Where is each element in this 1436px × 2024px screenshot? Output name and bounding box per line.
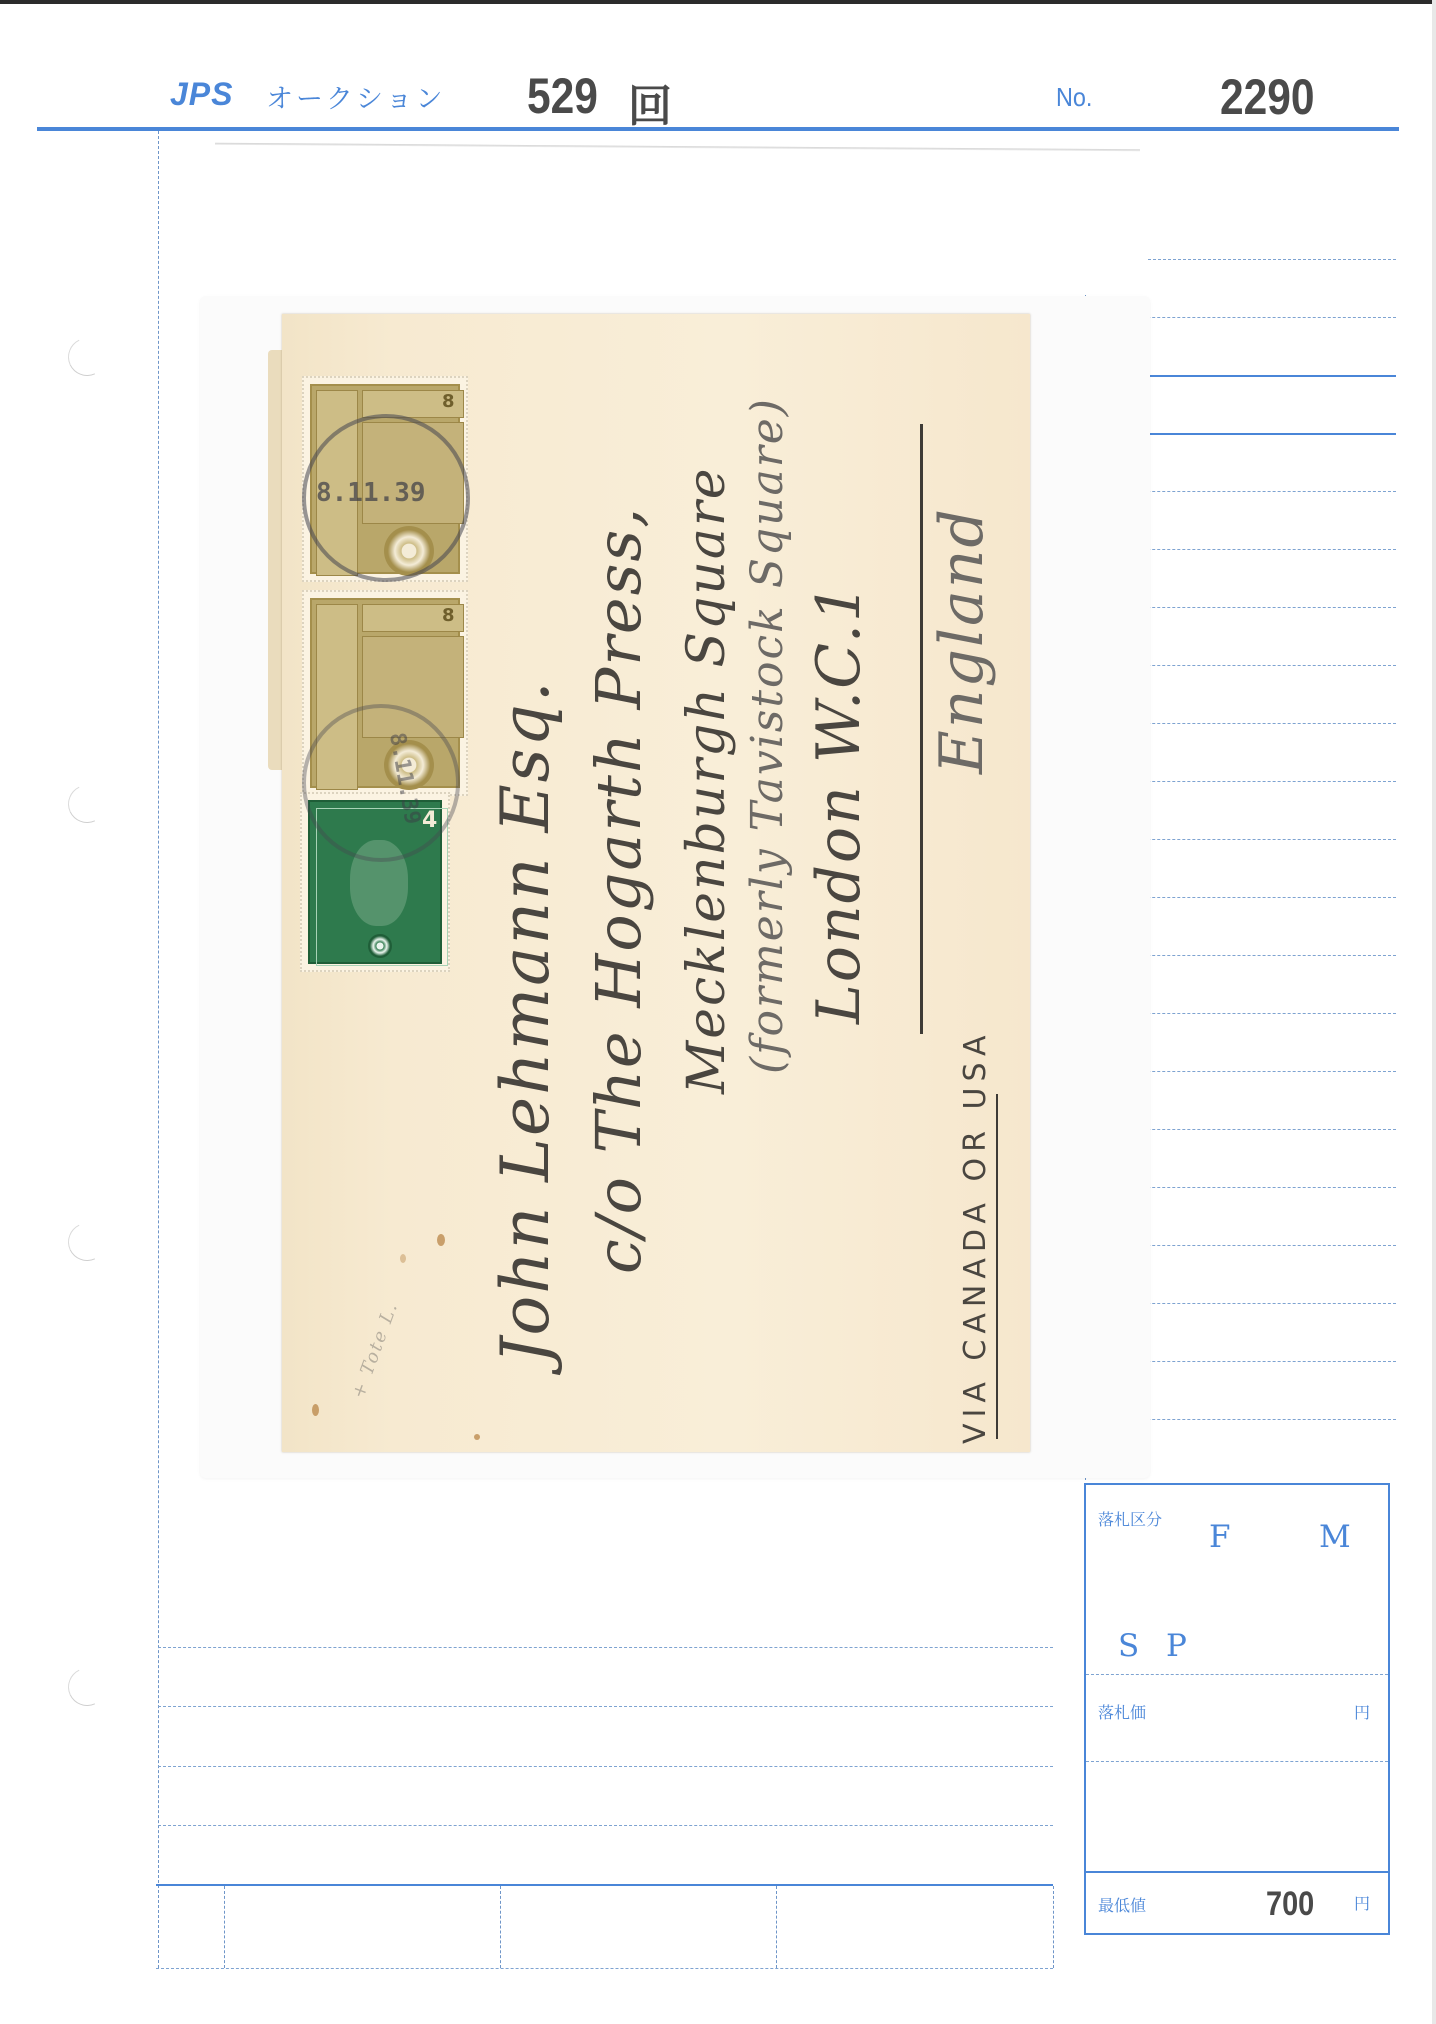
address-line-street: Mecklenburgh Square [677,466,737,1094]
scan-top-edge [0,0,1436,4]
sleeve-top-edge [215,143,1140,151]
ruling-line [158,1766,1053,1767]
chrysanthemum-icon [368,934,392,958]
postmark-yokohama: 8.11.39 [302,414,470,582]
brand-subtitle: オークション [266,77,445,116]
punch-hole [63,780,112,829]
foxing-spot [474,1434,480,1440]
left-margin-line [158,131,159,1968]
bottom-table-divider [224,1886,225,1968]
address-line-city: London W.C.1 [804,582,874,1024]
ruling-line [158,1825,1053,1826]
address-line-country: England [927,507,997,774]
min-price-label: 最低値 [1098,1893,1146,1916]
envelope-cover[interactable]: 8 8 4 8.11.39 8.11.39 John Lehmann Esq. … [282,314,1030,1452]
bid-class-m[interactable]: M [1319,1519,1351,1555]
bottom-table-bottom-rule [156,1968,1053,1969]
address-line-name: John Lehmann Esq. [487,679,564,1364]
lot-number-label: No. [1056,82,1092,113]
bid-box: 落札区分 F M S P 落札価 円 最低値 700 円 [1084,1483,1390,1935]
lot-number: 2290 [1220,68,1315,126]
bid-class-f[interactable]: F [1209,1519,1231,1555]
address-line-care-of: c/o The Hogarth Press, [582,506,655,1274]
foxing-spot [437,1234,445,1246]
bottom-table-divider [776,1886,777,1968]
bottom-table-divider [1053,1886,1054,1968]
bottom-table-top-rule [156,1884,1053,1886]
winning-price-label: 落札価 [1098,1700,1146,1723]
session-number: 529 [527,67,598,125]
bid-class-label: 落札区分 [1098,1507,1162,1530]
ruling-line [158,1647,1053,1648]
address-underline [920,424,923,1034]
pencil-note: + Tote L. [348,1299,402,1402]
scan-right-edge [1432,0,1436,2024]
ruling-line [158,1706,1053,1707]
session-unit: 回 [628,70,672,134]
punch-hole [63,1663,112,1712]
bid-class-p[interactable]: P [1166,1628,1187,1664]
min-price-yen: 円 [1354,1891,1370,1914]
routing-note: VIA CANADA OR USA [958,1029,993,1444]
punch-hole [63,333,112,382]
punch-hole [63,1218,112,1267]
bid-box-divider [1086,1674,1388,1675]
bottom-table-divider [500,1886,501,1968]
brand-logo: JPS [170,76,233,113]
bid-box-divider [1086,1761,1388,1762]
bid-box-divider [1086,1871,1388,1873]
header-rule [37,127,1399,131]
foxing-spot [312,1404,319,1416]
ruling-line [1148,259,1396,260]
min-price-value: 700 [1266,1885,1314,1924]
address-line-formerly: (formerly Tavistock Square) [742,397,793,1074]
postmark-yokohama: 8.11.39 [302,704,460,862]
routing-underline [996,1094,998,1439]
winning-price-yen: 円 [1354,1700,1370,1723]
bid-class-s[interactable]: S [1118,1628,1139,1664]
foxing-spot [400,1254,406,1263]
